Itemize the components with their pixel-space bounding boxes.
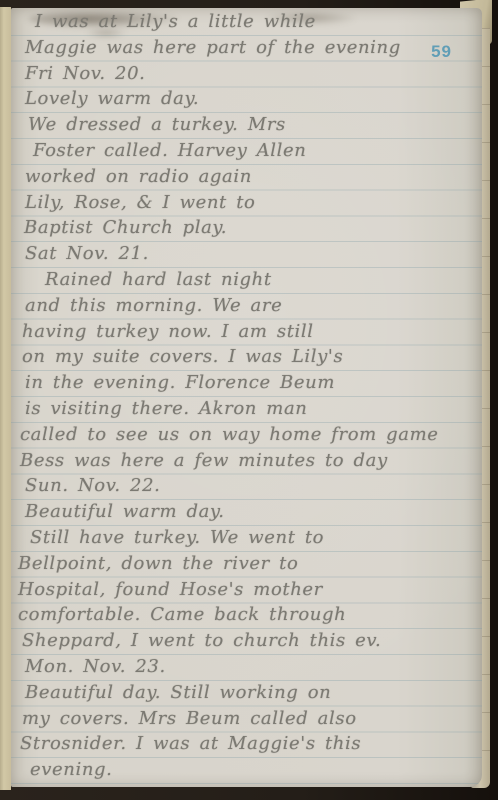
handwriting-line: Hospital, found Hose's mother: [11, 577, 478, 603]
diary-date-line: Sat Nov. 21.: [11, 241, 478, 267]
left-page-edge: [0, 7, 11, 790]
handwriting-line: Beautiful warm day.: [11, 499, 478, 525]
handwriting-line: Lovely warm day.: [11, 86, 478, 112]
diary-date-line: Fri Nov. 20.: [11, 61, 478, 87]
handwriting-line: We dressed a turkey. Mrs: [11, 112, 478, 138]
handwriting-line: I was at Lily's a little while: [11, 9, 478, 35]
handwriting-line: comfortable. Came back through: [11, 602, 478, 628]
handwriting-line: Strosnider. I was at Maggie's this: [11, 731, 478, 757]
handwriting-line: Bess was here a few minutes to day: [11, 448, 478, 474]
handwriting-line: called to see us on way home from game: [11, 422, 478, 448]
handwriting-line: having turkey now. I am still: [11, 319, 478, 345]
handwriting-line: Maggie was here part of the evening: [11, 35, 478, 61]
handwriting-line: my covers. Mrs Beum called also: [11, 706, 478, 732]
handwriting-lines: I was at Lily's a little whileMaggie was…: [11, 9, 478, 783]
handwriting-line: Still have turkey. We went to: [11, 525, 478, 551]
diary-page: 59 I was at Lily's a little whileMaggie …: [11, 8, 482, 787]
handwriting-line: on my suite covers. I was Lily's: [11, 344, 478, 370]
handwriting-line: Lily, Rose, & I went to: [11, 190, 478, 216]
handwriting-line: Foster called. Harvey Allen: [11, 138, 478, 164]
handwriting-line: worked on radio again: [11, 164, 478, 190]
handwriting-line: in the evening. Florence Beum: [11, 370, 478, 396]
diary-date-line: Sun. Nov. 22.: [11, 473, 478, 499]
handwriting-line: evening.: [11, 757, 478, 783]
diary-date-line: Mon. Nov. 23.: [11, 654, 478, 680]
notebook-photo: 59 I was at Lily's a little whileMaggie …: [0, 0, 498, 800]
handwriting-line: is visiting there. Akron man: [11, 396, 478, 422]
handwriting-line: and this morning. We are: [11, 293, 478, 319]
handwriting-line: Beautiful day. Still working on: [11, 680, 478, 706]
handwriting-line: Bellpoint, down the river to: [11, 551, 478, 577]
handwriting-line: Sheppard, I went to church this ev.: [11, 628, 478, 654]
handwriting-line: Rained hard last night: [11, 267, 478, 293]
handwriting-line: Baptist Church play.: [11, 215, 478, 241]
